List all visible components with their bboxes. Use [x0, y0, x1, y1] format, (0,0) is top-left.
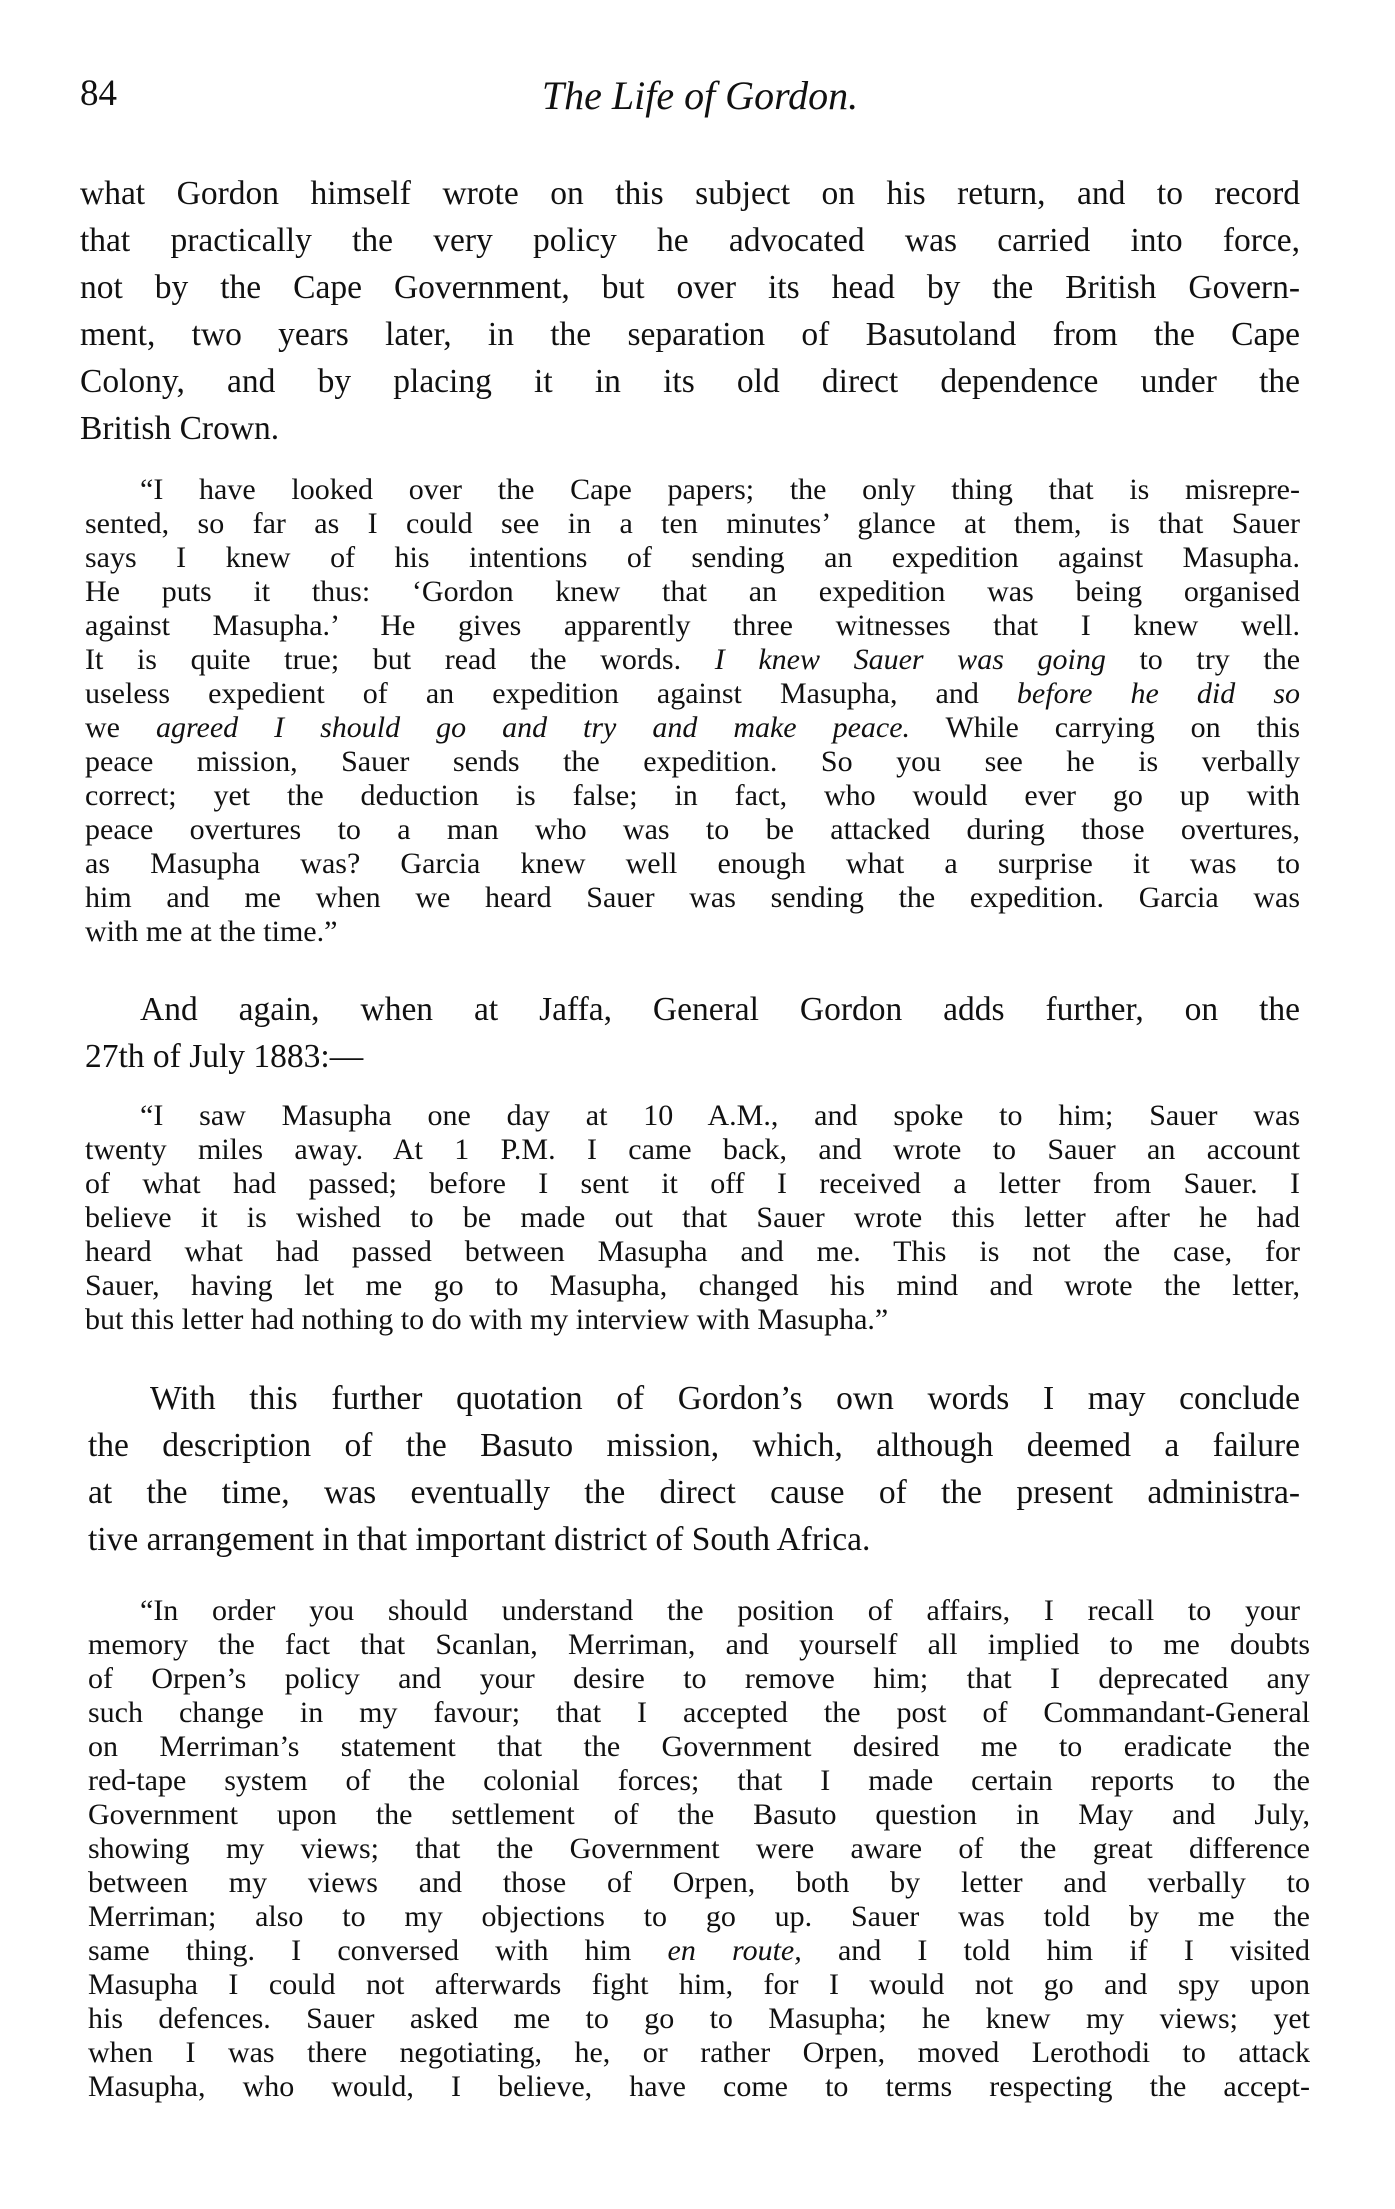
- quote-line: with me at the time.”: [85, 915, 1300, 949]
- quote-line: says I knew of his intentions of sending…: [85, 541, 1300, 575]
- quote-line: as Masupha was? Garcia knew well enough …: [85, 847, 1300, 881]
- text-line: not by the Cape Government, but over its…: [80, 264, 1300, 311]
- quote-line: useless expedient of an expedition again…: [85, 677, 1300, 711]
- text-line: With this further quotation of Gordon’s …: [150, 1375, 1300, 1422]
- quote-line: red-tape system of the colonial forces; …: [88, 1764, 1310, 1798]
- text-line: tive arrangement in that important distr…: [88, 1516, 1300, 1563]
- quote-line: him and me when we heard Sauer was sendi…: [85, 881, 1300, 915]
- quote-text: It is quite true; but read the words.: [85, 643, 681, 676]
- quote-line: believe it is wished to be made out that…: [85, 1201, 1300, 1235]
- emphasis-text: I knew Sauer was going: [715, 643, 1106, 676]
- quote-line: of Orpen’s policy and your desire to rem…: [88, 1662, 1310, 1696]
- page-header: 84 The Life of Gordon.: [80, 72, 1320, 122]
- quote-line: on Merriman’s statement that the Governm…: [88, 1730, 1310, 1764]
- quote-line: between my views and those of Orpen, bot…: [88, 1866, 1310, 1900]
- quote-line: Sauer, having let me go to Masupha, chan…: [85, 1269, 1300, 1303]
- quote-line: memory the fact that Scanlan, Merriman, …: [88, 1628, 1310, 1662]
- emphasis-text: before he did so: [1017, 677, 1300, 710]
- emphasis-text: agreed I should go and try and make peac…: [156, 711, 910, 744]
- quote-line: we agreed I should go and try and make p…: [85, 711, 1300, 745]
- text-line: Colony, and by placing it in its old dir…: [80, 358, 1300, 405]
- quote-line: Masupha I could not afterwards fight him…: [88, 1968, 1310, 2002]
- quote-line: his defences. Sauer asked me to go to Ma…: [88, 2002, 1310, 2036]
- quote-line: It is quite true; but read the words. I …: [85, 643, 1300, 677]
- text-line: that practically the very policy he advo…: [80, 217, 1300, 264]
- emphasis-text: en route,: [668, 1934, 802, 1967]
- quote-line: when I was there negotiating, he, or rat…: [88, 2036, 1310, 2070]
- quote-line: against Masupha.’ He gives apparently th…: [85, 609, 1300, 643]
- text-line: at the time, was eventually the direct c…: [88, 1469, 1300, 1516]
- quote-line: twenty miles away. At 1 P.M. I came back…: [85, 1133, 1300, 1167]
- quote-text: we: [85, 711, 120, 744]
- quote-line: same thing. I conversed with him en rout…: [88, 1934, 1310, 1968]
- quote-line: correct; yet the deduction is false; in …: [85, 779, 1300, 813]
- quote-line: Government upon the settlement of the Ba…: [88, 1798, 1310, 1832]
- quote-line: “I saw Masupha one day at 10 A.M., and s…: [140, 1099, 1300, 1133]
- quote-line: Masupha, who would, I believe, have come…: [88, 2070, 1310, 2104]
- quote-line: Merriman; also to my objections to go up…: [88, 1900, 1310, 1934]
- text-line: what Gordon himself wrote on this subjec…: [80, 170, 1300, 217]
- quote-text: While carrying on this: [945, 711, 1300, 744]
- text-line: 27th of July 1883:—: [85, 1033, 1305, 1080]
- text-line: British Crown.: [80, 405, 1300, 452]
- quote-line: “In order you should understand the posi…: [140, 1594, 1300, 1628]
- quote-line: He puts it thus: ‘Gordon knew that an ex…: [85, 575, 1300, 609]
- quote-line: of what had passed; before I sent it off…: [85, 1167, 1300, 1201]
- text-line: ment, two years later, in the separation…: [80, 311, 1300, 358]
- running-title: The Life of Gordon.: [80, 72, 1320, 119]
- quote-line: sented, so far as I could see in a ten m…: [85, 507, 1300, 541]
- quote-text: same thing. I conversed with him: [88, 1934, 631, 1967]
- quote-line: heard what had passed between Masupha an…: [85, 1235, 1300, 1269]
- quote-text: useless expedient of an expedition again…: [85, 677, 979, 710]
- text-line: the description of the Basuto mission, w…: [88, 1422, 1300, 1469]
- quote-line: peace mission, Sauer sends the expeditio…: [85, 745, 1300, 779]
- quote-text: to try the: [1139, 643, 1300, 676]
- quote-line: showing my views; that the Government we…: [88, 1832, 1310, 1866]
- text-line: And again, when at Jaffa, General Gordon…: [140, 986, 1300, 1033]
- quote-line: “I have looked over the Cape papers; the…: [140, 473, 1300, 507]
- quote-line: peace overtures to a man who was to be a…: [85, 813, 1300, 847]
- quote-line: such change in my favour; that I accepte…: [88, 1696, 1310, 1730]
- quote-text: and I told him if I visited: [838, 1934, 1310, 1967]
- quote-line: but this letter had nothing to do with m…: [85, 1303, 1300, 1337]
